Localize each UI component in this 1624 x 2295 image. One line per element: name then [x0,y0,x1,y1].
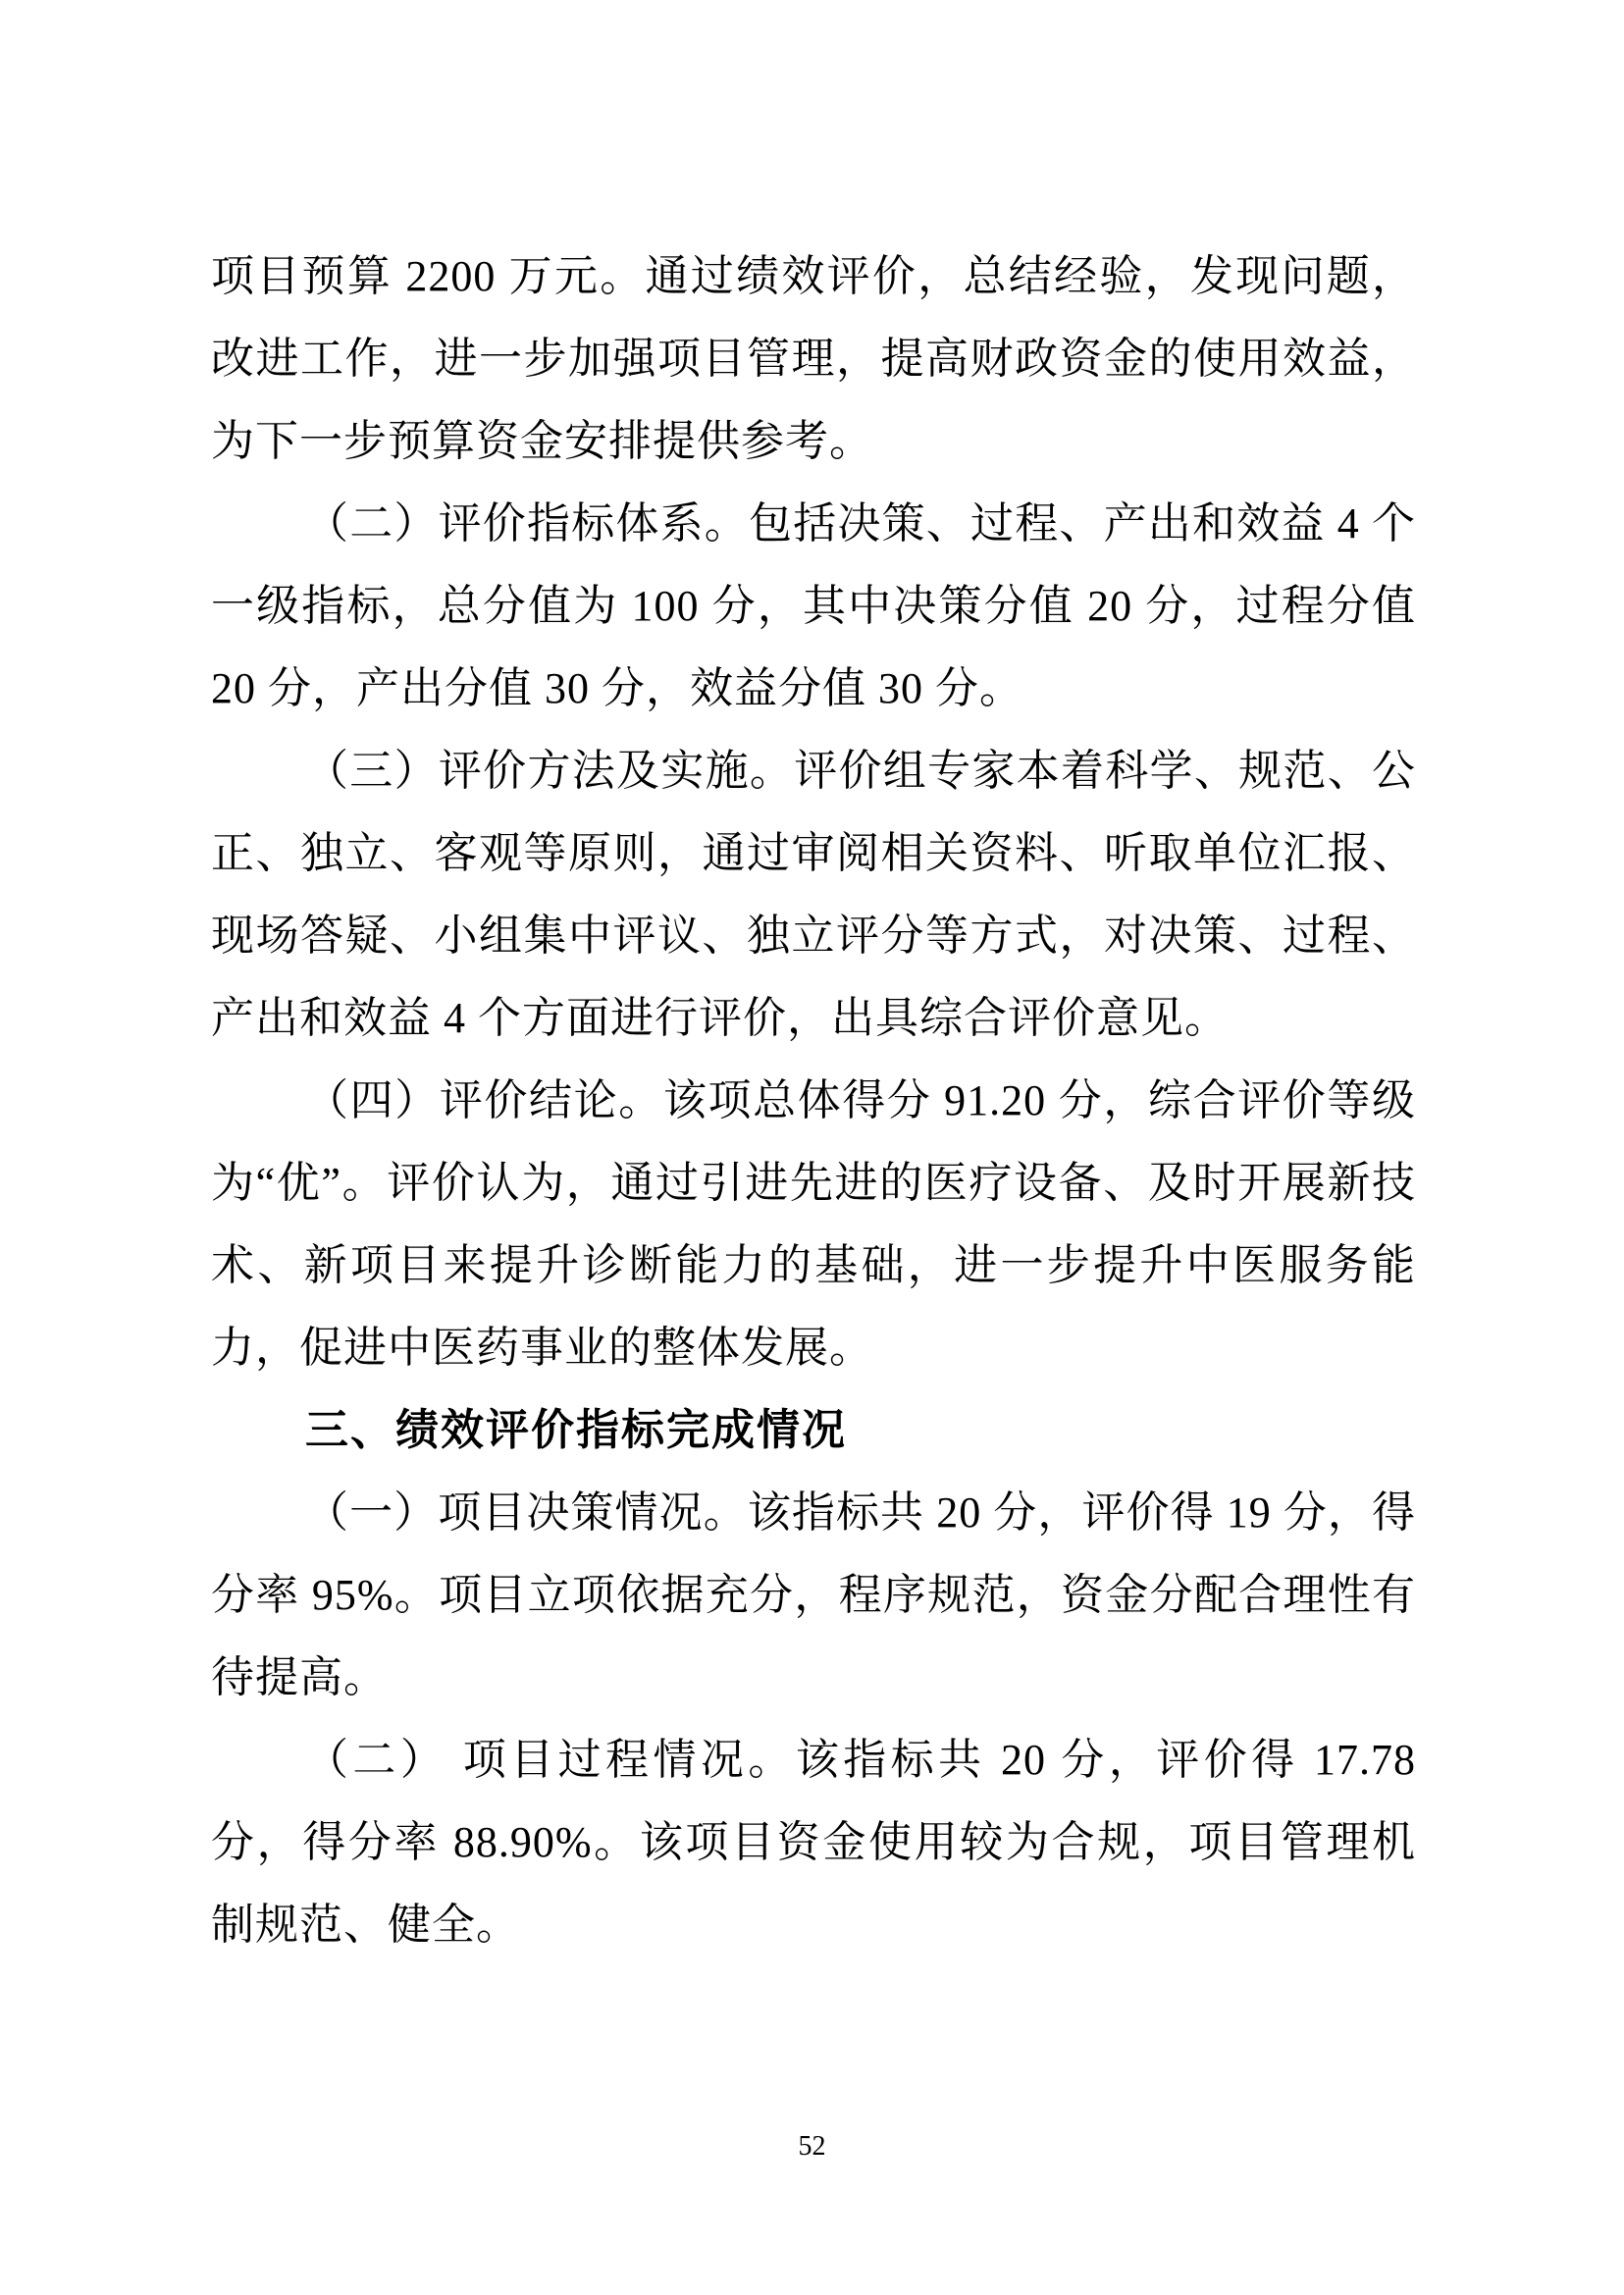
paragraph-continuation: 项目预算 2200 万元。通过绩效评价，总结经验，发现问题，改进工作，进一步加强… [211,235,1416,483]
paragraph-item-3-evaluation-method: （三）评价方法及实施。评价组专家本着科学、规范、公正、独立、客观等原则，通过审阅… [211,730,1416,1060]
document-page: 项目预算 2200 万元。通过绩效评价，总结经验，发现问题，改进工作，进一步加强… [0,0,1624,2295]
section-heading: 三、绩效评价指标完成情况 [211,1389,1416,1472]
paragraph-item-1-project-decision: （一）项目决策情况。该指标共 20 分，评价得 19 分，得分率 95%。项目立… [211,1472,1416,1719]
paragraph-item-4-evaluation-conclusion: （四）评价结论。该项总体得分 91.20 分，综合评价等级为“优”。评价认为，通… [211,1060,1416,1389]
paragraph-item-2-indicator-system: （二）评价指标体系。包括决策、过程、产出和效益 4 个一级指标，总分值为 100… [211,483,1416,730]
document-body: 项目预算 2200 万元。通过绩效评价，总结经验，发现问题，改进工作，进一步加强… [211,235,1416,1966]
paragraph-item-2-project-process: （二） 项目过程情况。该指标共 20 分，评价得 17.78 分，得分率 88.… [211,1719,1416,1966]
page-number: 52 [0,2131,1624,2163]
